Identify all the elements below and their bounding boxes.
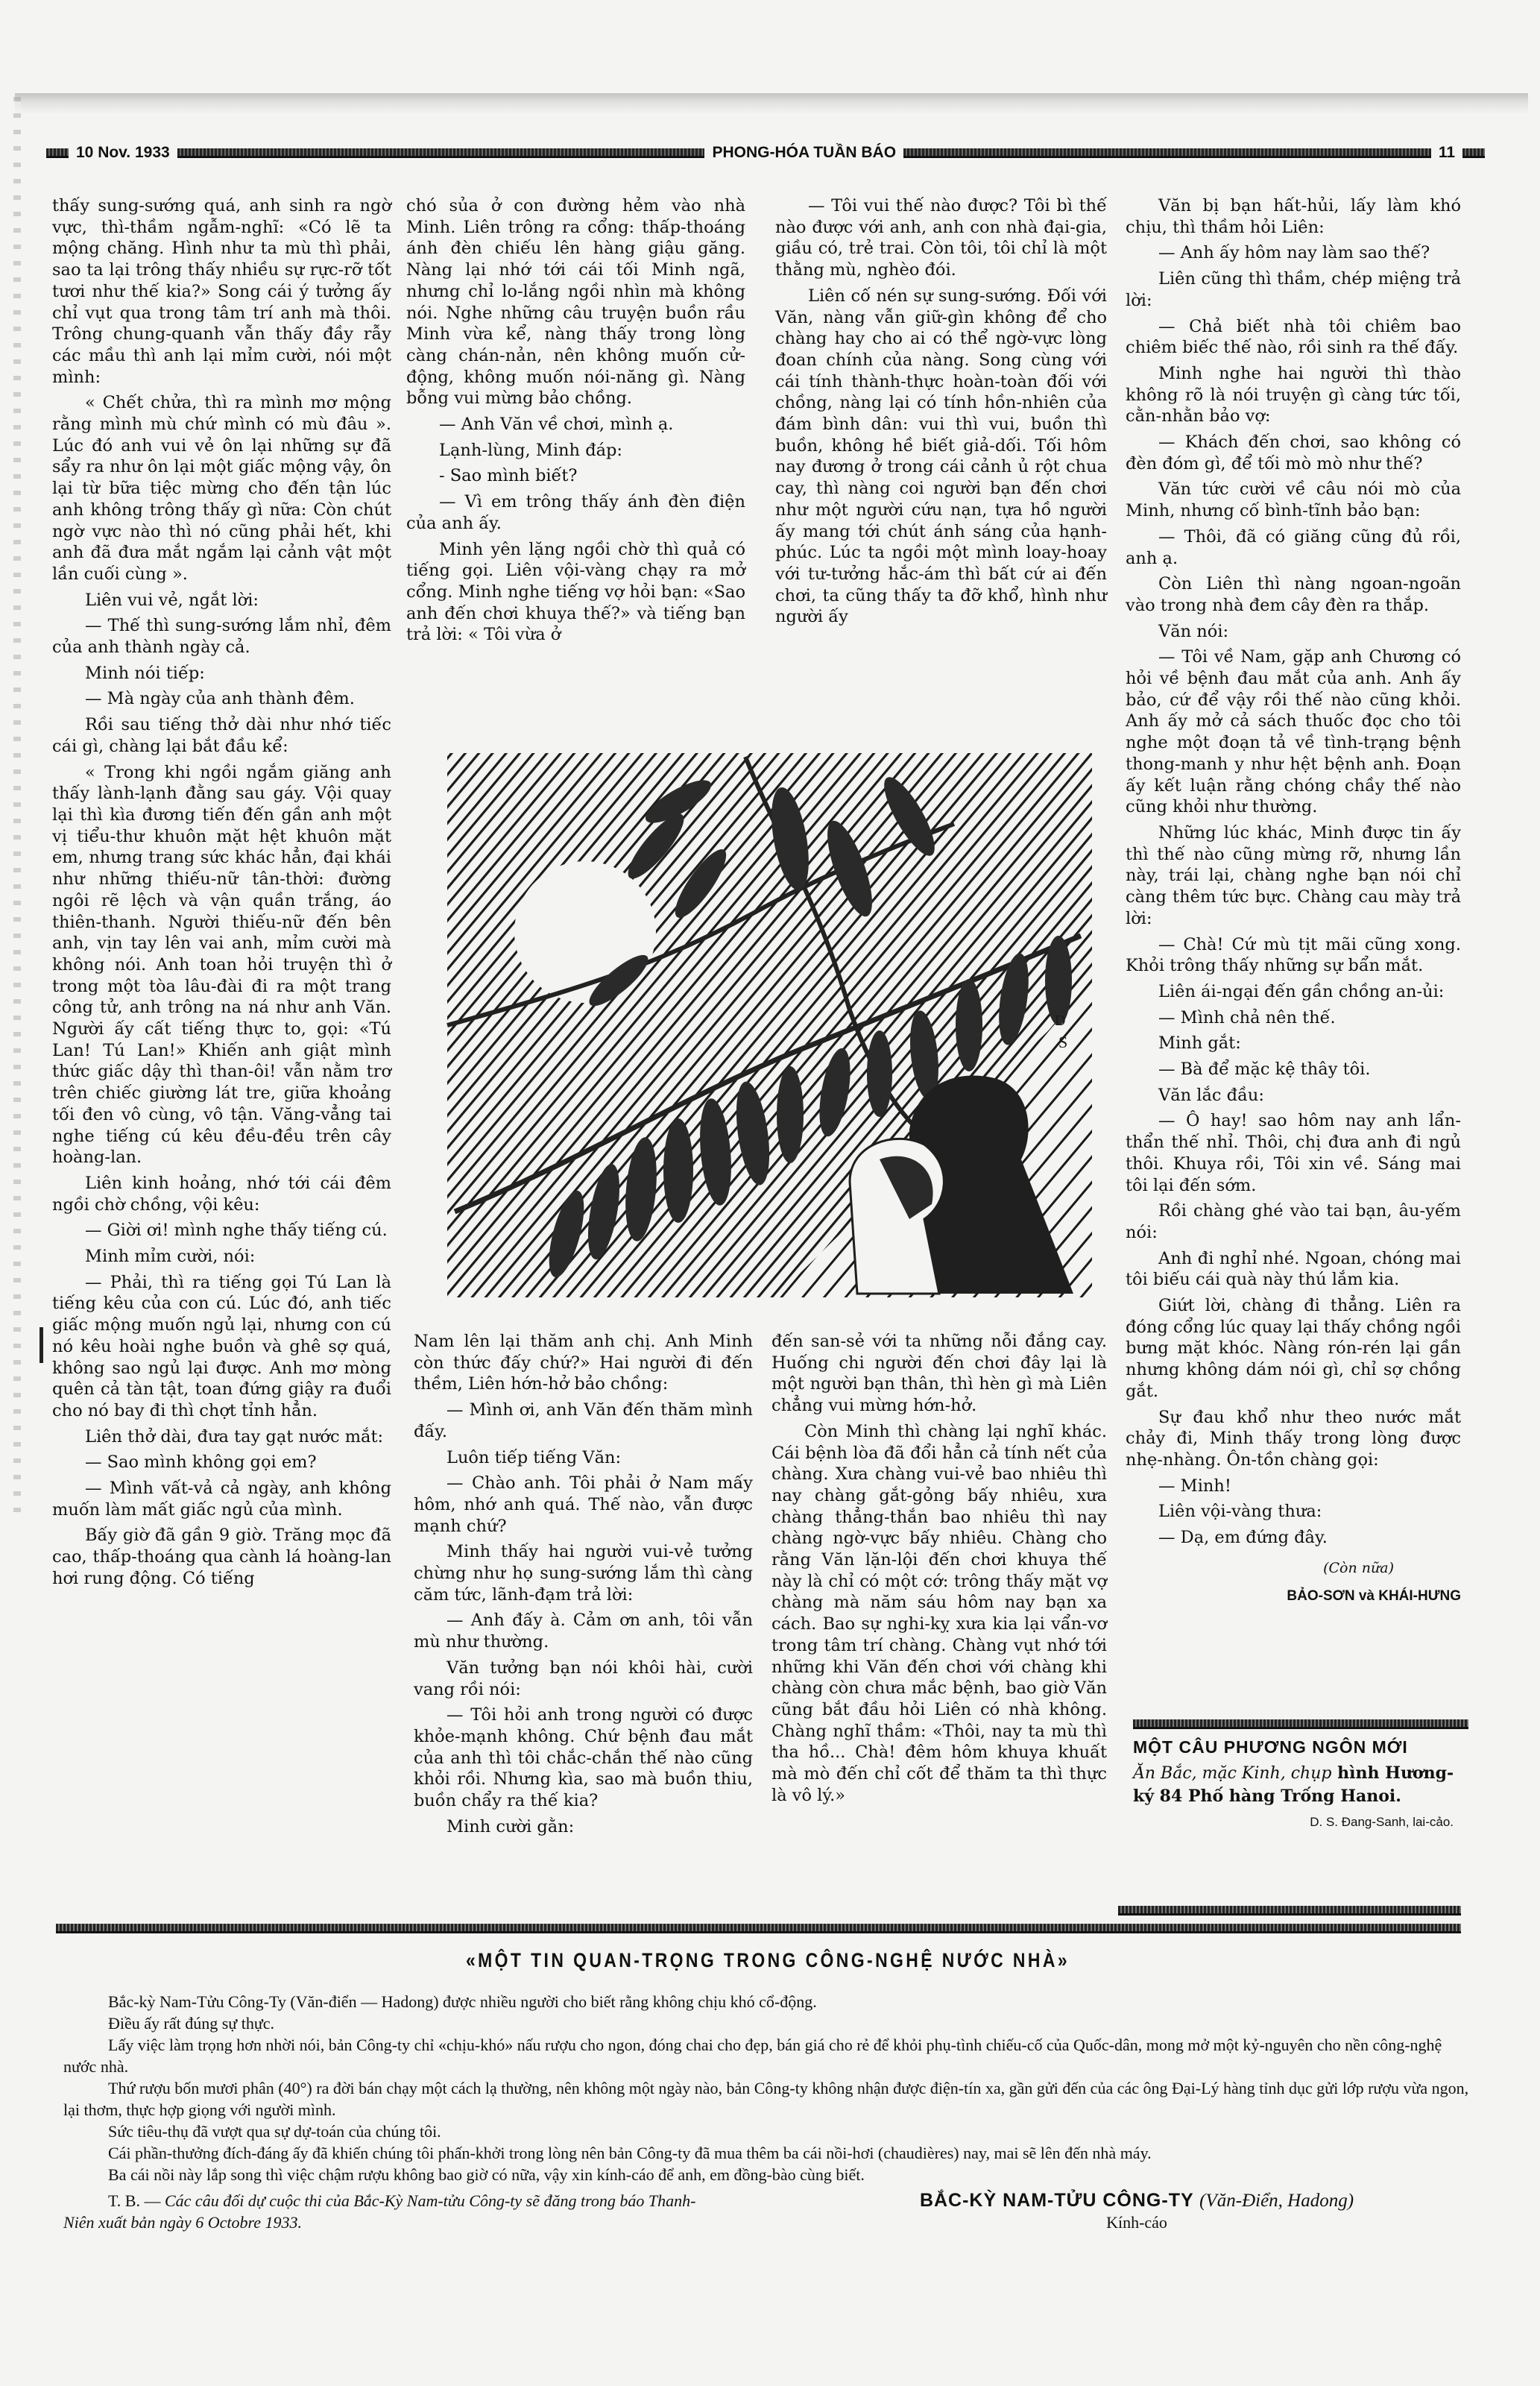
paragraph: — Bà để mặc kệ thây tôi. [1126,1059,1461,1080]
advert-footer: T. B. — Các câu đối dự cuộc thi của Bắc-… [63,2190,1472,2233]
paragraph: Anh đi nghỉ nhé. Ngoan, chóng mai tôi bi… [1126,1248,1461,1291]
paragraph: — Tôi vui thế nào được? Tôi bì thế nào đ… [775,195,1107,281]
paragraph: — Sao mình không gọi em? [52,1452,391,1473]
paragraph: — Anh đấy à. Cảm ơn anh, tôi vẫn mù như … [414,1610,753,1652]
advert-paragraph: Bắc-kỳ Nam-Tửu Công-Ty (Văn-điển — Hadon… [63,1991,1472,2012]
issue-date: 10 Nov. 1933 [76,144,170,162]
paragraph: — Chào anh. Tôi phải ở Nam mấy hôm, nhớ … [414,1473,753,1537]
paragraph: Minh thấy hai người vui-vẻ tưởng chừng n… [414,1541,753,1605]
paragraph: Liên vui vẻ, ngắt lời: [52,590,391,611]
artist-signature: D [1055,1013,1065,1029]
company-advert: «MỘT TIN QUAN-TRỌNG TRONG CÔNG-NGHỆ NƯỚC… [63,1950,1472,2233]
paragraph: « Chết chửa, thì ra mình mơ mộng rằng mì… [52,392,391,585]
paragraph: — Chà! Cứ mù tịt mãi cũng xong. Khỏi trô… [1126,934,1461,977]
paragraph: — Giời ơi! mình nghe thấy tiếng cú. [52,1220,391,1241]
paragraph: Minh cười gằn: [414,1816,753,1838]
story-column-4: Văn bị bạn hất-hủi, lấy làm khó chịu, th… [1126,195,1461,1608]
paragraph: Liên ái-ngại đến gần chồng an-ủi: [1126,981,1461,1003]
continued-note: (Còn nữa) [1126,1558,1394,1579]
paragraph: — Mình vất-vả cả ngày, anh không muốn là… [52,1478,391,1520]
story-column-3-bottom: đến san-sẻ với ta những nỗi đắng cay. Hu… [771,1331,1107,1810]
small-advert: MỘT CÂU PHƯƠNG NGÔN MỚI Ăn Bắc, mặc Kinh… [1133,1737,1468,1830]
paragraph: — Mình ơi, anh Văn đến thăm mình đấy. [414,1400,753,1442]
advert-note-lead: T. B. — [108,2191,160,2210]
paragraph: Liên kinh hoảng, nhớ tới cái đêm ngồi ch… [52,1173,391,1215]
paragraph: — Phải, thì ra tiếng gọi Tú Lan là tiếng… [52,1272,391,1422]
paragraph: Còn Liên thì nàng ngoan-ngoãn vào trong … [1126,573,1461,616]
masthead-rule [1462,148,1485,158]
paragraph: Rồi sau tiếng thở dài như nhớ tiếc cái g… [52,714,391,757]
advert-signature: BẮC-KỲ NAM-TỬU CÔNG-TY (Văn-Điển, Hadong… [801,2190,1472,2233]
advert-paragraph: Cái phần-thưởng đích-đáng ấy đã khiến ch… [63,2142,1472,2164]
paragraph: Văn tưởng bạn nói khôi hài, cười vang rồ… [414,1658,753,1700]
small-advert-signature: D. S. Đang-Sanh, lai-cảo. [1133,1815,1454,1830]
masthead-rule [46,148,69,158]
paragraph: đến san-sẻ với ta những nỗi đắng cay. Hu… [771,1331,1107,1417]
story-column-2-bottom: Nam lên lại thăm anh chị. Anh Minh còn t… [414,1331,753,1842]
paragraph: — Chả biết nhà tôi chiêm bao chiêm biếc … [1126,316,1461,359]
closing: Kính-cáo [801,2212,1472,2233]
paragraph: Minh mỉm cười, nói: [52,1246,391,1268]
section-rule [1118,1906,1461,1916]
advert-paragraph: Lấy việc làm trọng hơn nhời nói, bản Côn… [63,2034,1472,2077]
section-rule [56,1924,1461,1933]
advert-headline: «MỘT TIN QUAN-TRỌNG TRONG CÔNG-NGHỆ NƯỚC… [169,1950,1367,1971]
newspaper-title: PHONG-HÓA TUẦN BÁO [712,144,896,162]
margin-mark [40,1327,43,1363]
story-column-2-top: chó sủa ở con đường hẻm vào nhà Minh. Li… [406,195,745,650]
paragraph: — Mình chả nên thế. [1126,1007,1461,1029]
story-authors: BẢO-SƠN và KHÁI-HƯNG [1126,1586,1461,1608]
paragraph: chó sủa ở con đường hẻm vào nhà Minh. Li… [406,195,745,409]
paragraph: Văn bị bạn hất-hủi, lấy làm khó chịu, th… [1126,195,1461,238]
paragraph: Nam lên lại thăm anh chị. Anh Minh còn t… [414,1331,753,1395]
paragraph: Văn lắc đầu: [1126,1085,1461,1107]
small-advert-body: Ăn Bắc, mặc Kinh, chụp hình Hương-ký 84 … [1133,1762,1468,1807]
company-place: (Văn-Điển, Hadong) [1199,2191,1354,2211]
woodcut-illustration: D S [432,742,1107,1309]
paragraph: — Tôi hỏi anh trong người có được khỏe-m… [414,1704,753,1812]
paragraph: — Thôi, đã có giăng cũng đủ rồi, anh ạ. [1126,526,1461,569]
paragraph: Minh nghe hai người thì thào không rõ là… [1126,363,1461,427]
paragraph: Văn tức cười về câu nói mò của Minh, như… [1126,479,1461,521]
small-advert-title: MỘT CÂU PHƯƠNG NGÔN MỚI [1133,1737,1468,1757]
paragraph: Minh gắt: [1126,1033,1461,1054]
moonlit-branches-illustration-icon: D S [432,742,1107,1309]
paragraph: — Vì em trông thấy ánh đèn điện của anh … [406,491,745,534]
masthead: 10 Nov. 1933 PHONG-HÓA TUẦN BÁO 11 [46,142,1485,164]
paragraph: thấy sung-sướng quá, anh sinh ra ngờ vực… [52,195,391,388]
paragraph: Văn nói: [1126,621,1461,643]
paragraph: Còn Minh thì chàng lại nghĩ khác. Cái bệ… [771,1421,1107,1807]
story-column-3-top: — Tôi vui thế nào được? Tôi bì thế nào đ… [775,195,1107,632]
story-column-1: thấy sung-sướng quá, anh sinh ra ngờ vực… [52,195,391,1594]
paragraph: Luôn tiếp tiếng Văn: [414,1447,753,1469]
advert-note: T. B. — Các câu đối dự cuộc thi của Bắc-… [63,2190,704,2233]
company-name: BẮC-KỲ NAM-TỬU CÔNG-TY [920,2190,1193,2211]
advert-paragraph: Ba cái nồi này lắp song thì việc chậm rư… [63,2164,1472,2185]
small-advert-italic: Ăn Bắc, mặc Kinh, chụp [1133,1764,1331,1783]
advert-paragraph: Điều ấy rất đúng sự thực. [63,2012,1472,2034]
paragraph: Bấy giờ đã gần 9 giờ. Trăng mọc đã cao, … [52,1525,391,1589]
paragraph: Sự đau khổ như theo nước mắt chảy đi, Mi… [1126,1407,1461,1471]
paragraph: — Ô hay! sao hôm nay anh lẩn-thẩn thế nh… [1126,1110,1461,1196]
paragraph: Giứt lời, chàng đi thẳng. Liên ra đóng c… [1126,1295,1461,1403]
advert-paragraph: Sức tiêu-thụ đã vượt qua sự dự-toán của … [63,2121,1472,2142]
paragraph: Liên cũng thì thầm, chép miệng trả lời: [1126,268,1461,311]
paragraph: - Sao mình biết? [406,465,745,487]
paragraph: « Trong khi ngồi ngắm giăng anh thấy làn… [52,762,391,1168]
page-number: 11 [1439,144,1455,162]
paragraph: Liên cố nén sự sung-sướng. Đối với Văn, … [775,286,1107,628]
paragraph: — Thế thì sung-sướng lắm nhỉ, đêm của an… [52,615,391,658]
paragraph: — Anh ấy hôm nay làm sao thế? [1126,242,1461,264]
paragraph: Liên thở dài, đưa tay gạt nước mắt: [52,1426,391,1448]
advert-paragraph: Thứ rượu bốn mươi phân (40°) ra đời bán … [63,2077,1472,2121]
masthead-rule [903,148,1431,158]
binding-edge [13,97,21,1514]
paragraph: Liên vội-vàng thưa: [1126,1501,1461,1523]
paragraph: — Mà ngày của anh thành đêm. [52,688,391,710]
paragraph: Minh nói tiếp: [52,663,391,684]
svg-text:S: S [1058,1033,1067,1051]
paragraph: Minh yên lặng ngồi chờ thì quả có tiếng … [406,539,745,646]
paragraph: Rồi chàng ghé vào tai bạn, âu-yếm nói: [1126,1200,1461,1243]
paragraph: — Minh! [1126,1476,1461,1497]
paragraph: — Dạ, em đứng đây. [1126,1527,1461,1549]
section-rule [1133,1719,1468,1729]
masthead-rule [177,148,705,158]
paragraph: — Anh Văn về chơi, mình ạ. [406,414,745,435]
paragraph: Những lúc khác, Minh được tin ấy thì thế… [1126,822,1461,930]
scan-edge [15,93,1528,114]
paragraph: Lạnh-lùng, Minh đáp: [406,440,745,462]
paragraph: — Khách đến chơi, sao không có đèn đóm g… [1126,432,1461,474]
paragraph: — Tôi về Nam, gặp anh Chương có hỏi về b… [1126,646,1461,818]
